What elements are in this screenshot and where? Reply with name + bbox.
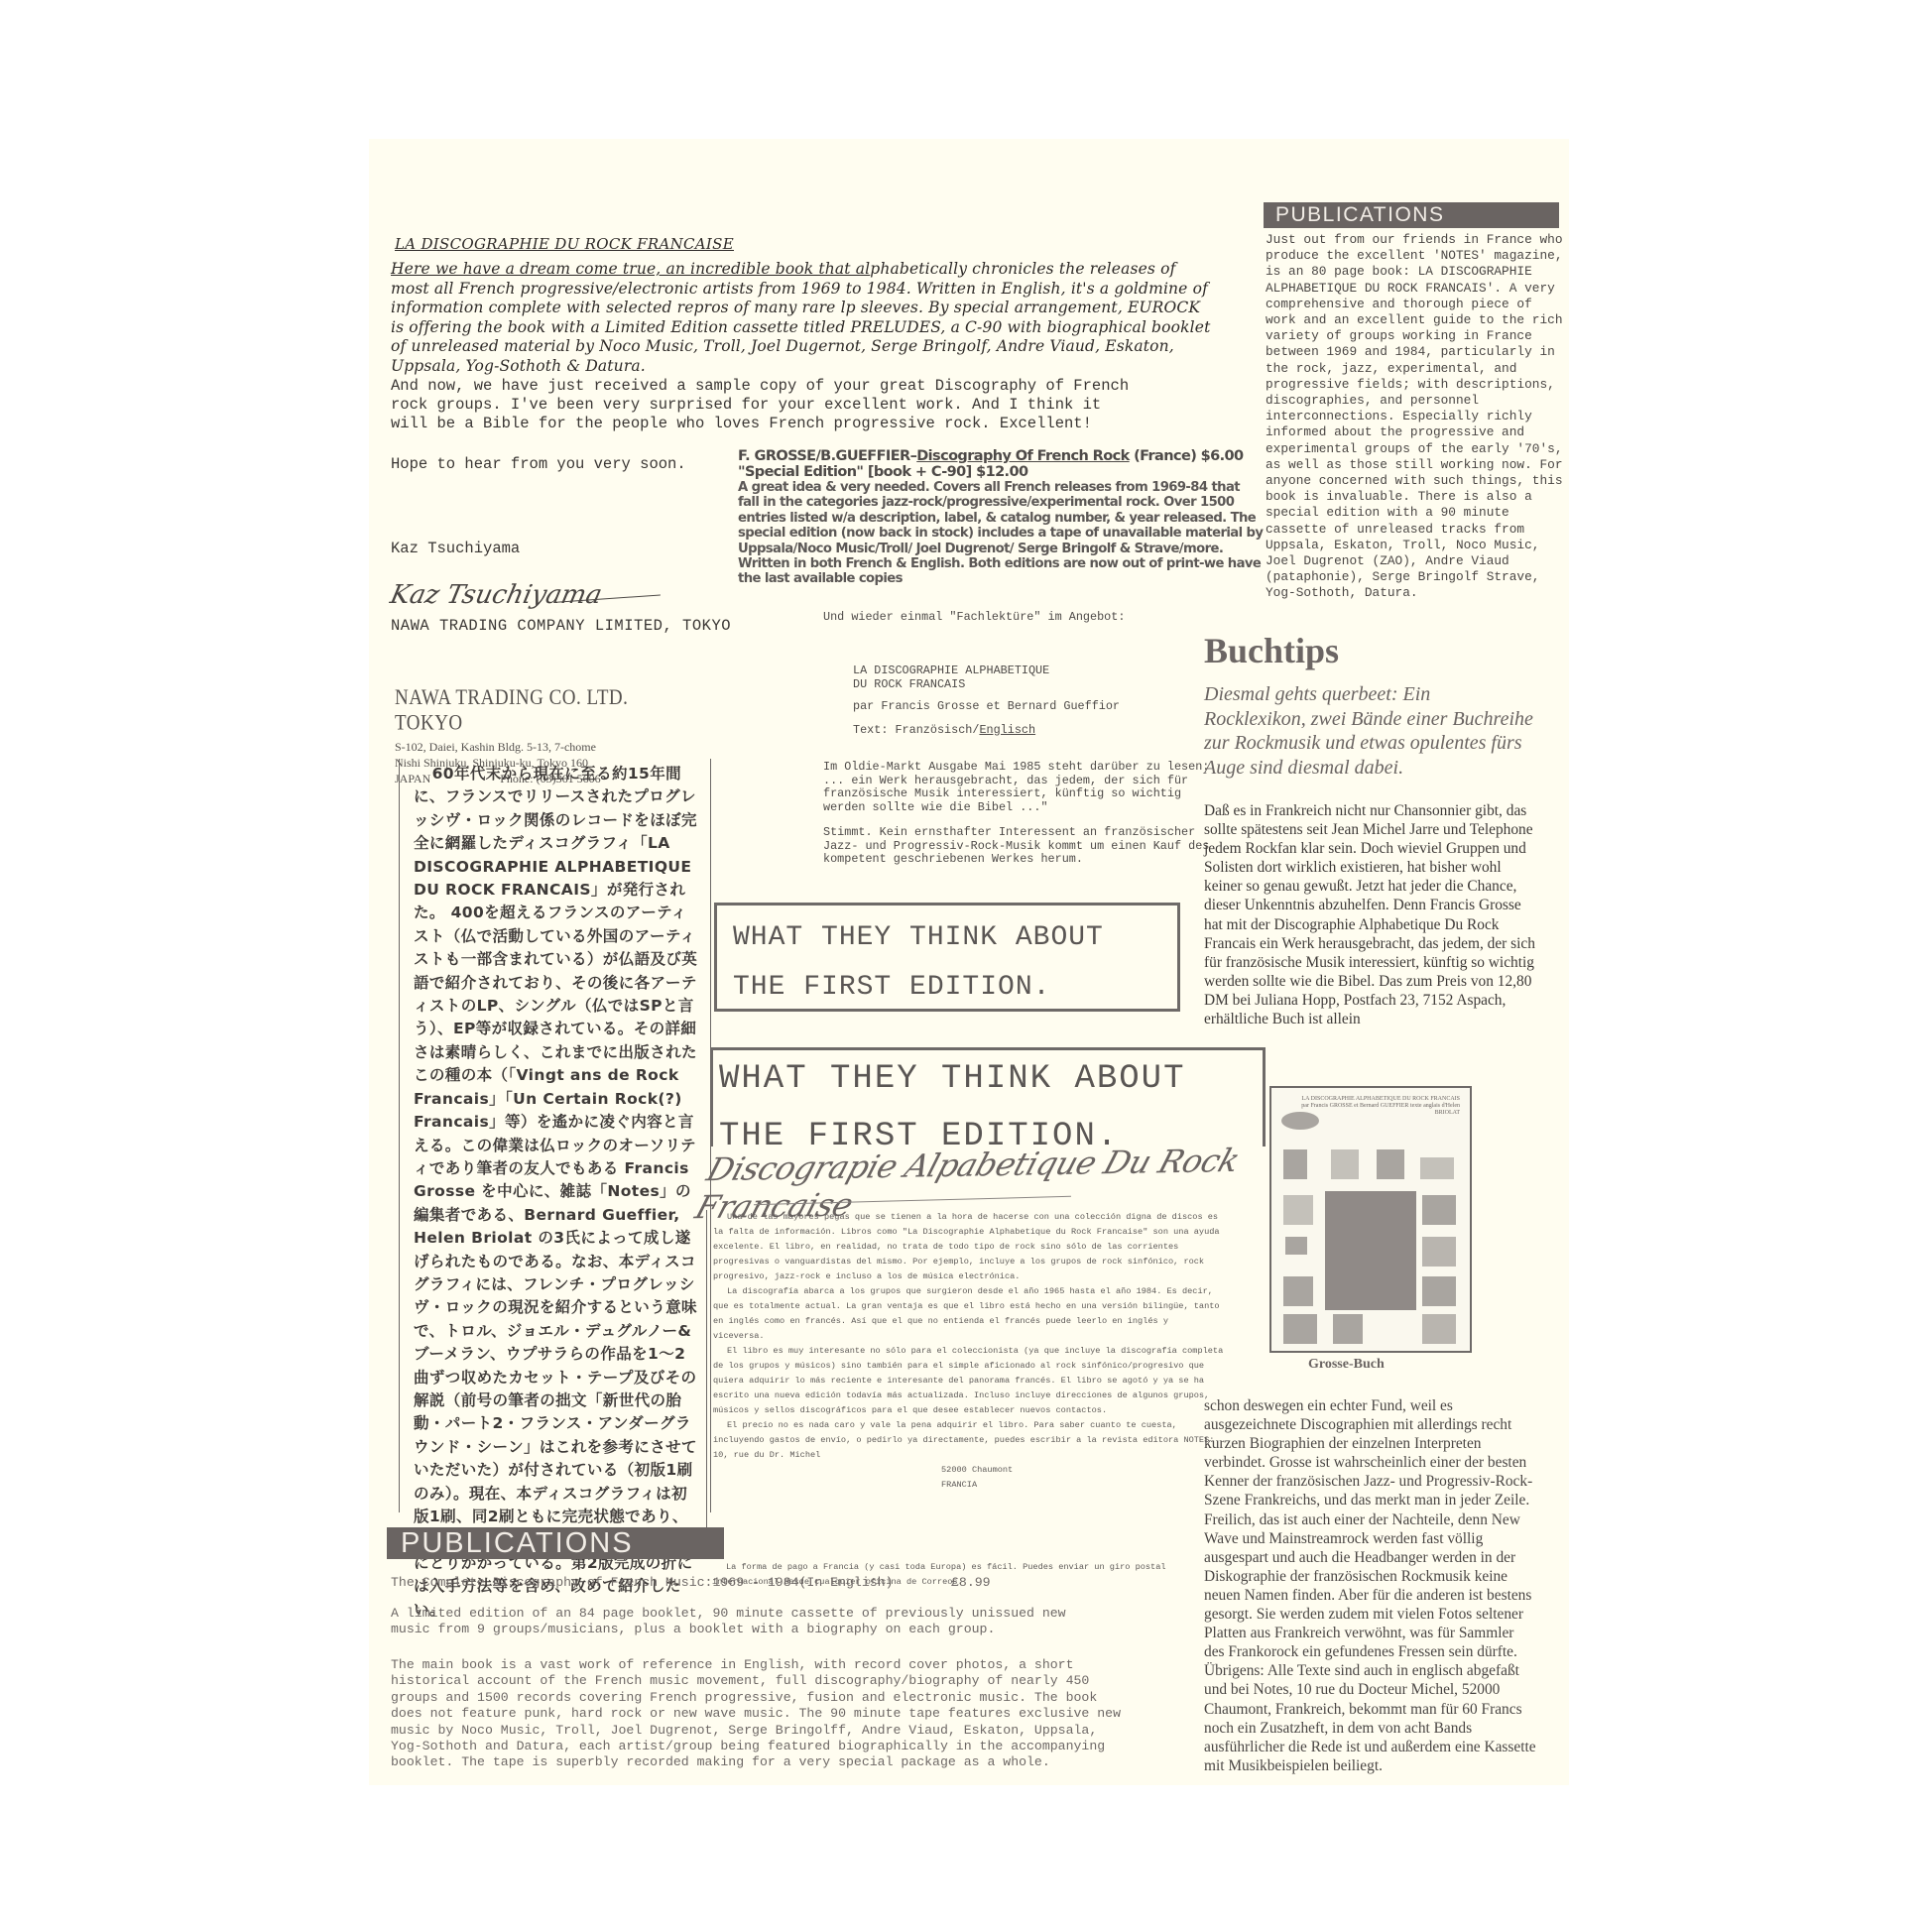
ad-body: A great idea & very needed. Covers all F…: [738, 480, 1264, 587]
eurock-title: LA DISCOGRAPHIE DU ROCK FRANCAISE: [395, 235, 734, 253]
spanish-address-city: 52000 Chaumont: [713, 1463, 1224, 1478]
book-cover-image: LA DISCOGRAPHIE ALPHABETIQUE DU ROCK FRA…: [1269, 1086, 1472, 1353]
publications-badge-bottom: PUBLICATIONS: [387, 1527, 724, 1559]
buchtips-body-2: schon deswegen ein echter Fund, weil es …: [1204, 1396, 1536, 1775]
stamp-name: NAWA TRADING CO. LTD. TOKYO: [395, 686, 692, 737]
stamp-address-1: S-102, Daiei, Kashin Bldg. 5-13, 7-chome: [395, 739, 692, 755]
buchtips-body-1: Daß es in Frankreich nicht nur Chansonni…: [1204, 801, 1536, 1028]
german-verdict: Stimmt. Kein ernsthafter Interessent an …: [823, 826, 1220, 867]
spanish-p2: La discografía abarca a los grupos que s…: [713, 1284, 1224, 1344]
book-language: Text: Französisch/Englisch: [853, 724, 1210, 738]
listing-price: £8.99: [951, 1575, 991, 1590]
what-they-think-box-1: WHAT THEY THINK ABOUT THE FIRST EDITION.: [714, 903, 1180, 1012]
book-title-line-1: LA DISCOGRAPHIE ALPHABETIQUE: [853, 664, 1210, 678]
book-authors: par Francis Grosse et Bernard Gueffior: [853, 700, 1210, 714]
letter-company: NAWA TRADING COMPANY LIMITED, TOKYO: [391, 617, 731, 635]
ad-special-edition: "Special Edition" [book + C-90] $12.00: [738, 464, 1264, 480]
spanish-p4: El precio no es nada caro y vale la pena…: [713, 1418, 1224, 1463]
cover-text: LA DISCOGRAPHIE ALPHABETIQUE DU ROCK FRA…: [1301, 1096, 1460, 1117]
book-title-line-2: DU ROCK FRANCAIS: [853, 678, 1210, 692]
letter-body: And now, we have just received a sample …: [391, 377, 1145, 433]
signature: Kaz Tsuchiyama: [388, 580, 605, 610]
wtt2-line-2: THE FIRST EDITION.: [719, 1108, 1263, 1147]
publications-bottom-p2: The main book is a vast work of referenc…: [391, 1657, 1125, 1771]
german-book-info: LA DISCOGRAPHIE ALPHABETIQUE DU ROCK FRA…: [853, 664, 1210, 737]
wtt1-line-2: THE FIRST EDITION.: [733, 963, 1177, 1013]
language-prefix: Text: Französisch/: [853, 723, 979, 737]
ad-heading: F. GROSSE/B.GUEFFIER–Discography Of Fren…: [738, 448, 1264, 464]
publications-bottom-p1: A limited edition of an 84 page booklet,…: [391, 1606, 1105, 1638]
spanish-p3: El libro es muy interesante no sólo para…: [713, 1344, 1224, 1418]
book-caption: Grosse-Buch: [1308, 1357, 1385, 1373]
wtt2-line-1: WHAT THEY THINK ABOUT: [719, 1050, 1263, 1108]
cover-photo: [1325, 1191, 1416, 1310]
listing-title: The Complete Discography of French Music…: [391, 1575, 893, 1590]
ad-book-title: Discography Of French Rock: [916, 448, 1129, 464]
buchtips-lede: Diesmal gehts querbeet: Ein Rocklexikon,…: [1204, 682, 1536, 780]
eurock-underlined-lead: Here we have a dream come true, an incre…: [391, 260, 870, 278]
spanish-review: Una de las mayores pegas que se tienen a…: [706, 1210, 1224, 1537]
oldie-markt-quote: Im Oldie-Markt Ausgabe Mai 1985 steht da…: [823, 761, 1220, 814]
german-intro: Und wieder einmal "Fachlektüre" im Angeb…: [823, 611, 1200, 625]
cover-logo: [1281, 1112, 1319, 1130]
scrapbook-page: LA DISCOGRAPHIE DU ROCK FRANCAISE Here w…: [369, 139, 1569, 1785]
ad-price: (France) $6.00: [1130, 448, 1244, 464]
buchtips-title: Buchtips: [1204, 630, 1339, 671]
language-english: Englisch: [979, 723, 1035, 737]
german-quote-block: Im Oldie-Markt Ausgabe Mai 1985 steht da…: [823, 761, 1220, 867]
what-they-think-box-2: WHAT THEY THINK ABOUT THE FIRST EDITION.: [710, 1047, 1266, 1147]
japanese-review: 60年代末から現在に至る約15年間に、フランスでリリースされたプログレッシヴ・ロ…: [399, 759, 711, 1512]
spanish-address-country: FRANCIA: [713, 1478, 1224, 1493]
publications-badge-right: PUBLICATIONS: [1264, 202, 1559, 228]
ad-authors: F. GROSSE/B.GUEFFIER–: [738, 448, 916, 464]
grosse-gueffier-ad: F. GROSSE/B.GUEFFIER–Discography Of Fren…: [738, 448, 1264, 587]
publications-bottom-title: The Complete Discography of French Music…: [391, 1575, 1025, 1590]
publications-right-body: Just out from our friends in France who …: [1266, 232, 1568, 602]
eurock-review: Here we have a dream come true, an incre…: [391, 260, 1214, 376]
wtt1-line-1: WHAT THEY THINK ABOUT: [733, 913, 1177, 963]
spanish-p1: Una de las mayores pegas que se tienen a…: [713, 1210, 1224, 1284]
